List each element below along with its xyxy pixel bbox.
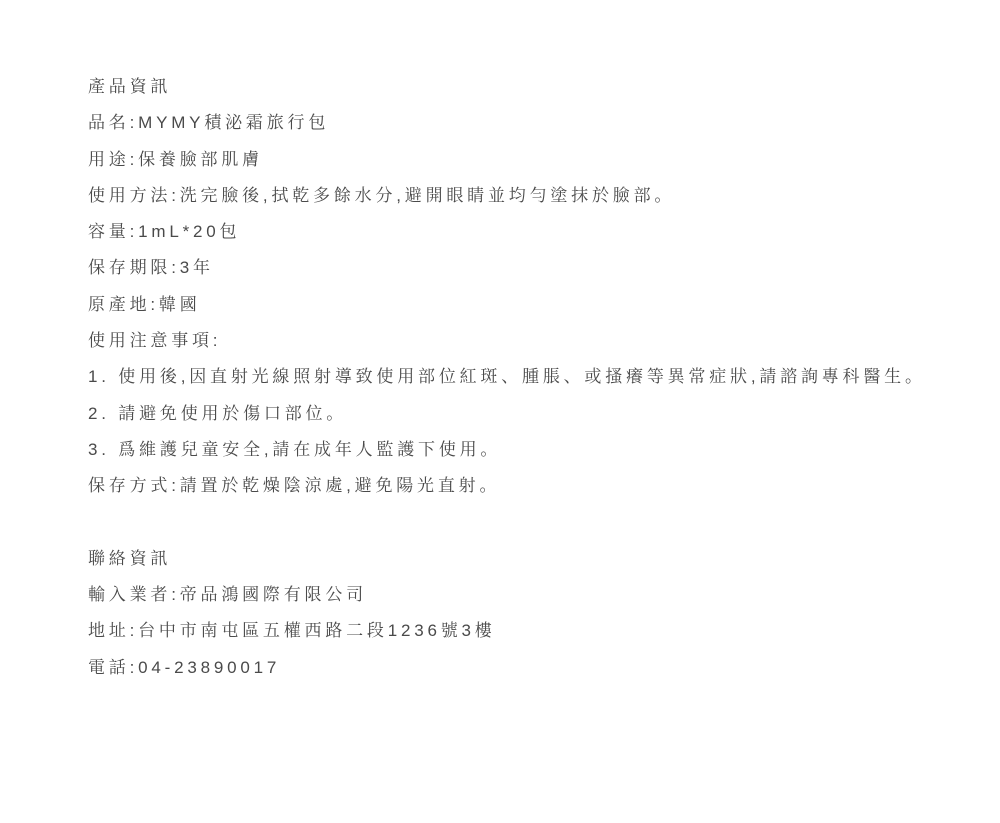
section-title-contact-info: 聯絡資訊 xyxy=(88,541,1000,577)
field-phone: 電話:04-23890017 xyxy=(88,650,1000,686)
field-storage-method: 保存方式:請置於乾燥陰涼處,避免陽光直射。 xyxy=(88,468,1000,504)
product-info-document: 產品資訊 品名:MYMY積泌霜旅行包 用途:保養臉部肌膚 使用方法:洗完臉後,拭… xyxy=(0,0,1000,823)
precautions-heading: 使用注意事項: xyxy=(88,323,1000,359)
field-origin: 原產地:韓國 xyxy=(88,287,1000,323)
field-capacity: 容量:1mL*20包 xyxy=(88,214,1000,250)
precaution-item-2: 2. 請避免使用於傷口部位。 xyxy=(88,396,1000,432)
field-usage: 用途:保養臉部肌膚 xyxy=(88,142,1000,178)
document-content: 產品資訊 品名:MYMY積泌霜旅行包 用途:保養臉部肌膚 使用方法:洗完臉後,拭… xyxy=(88,69,1000,686)
field-directions: 使用方法:洗完臉後,拭乾多餘水分,避開眼睛並均勻塗抹於臉部。 xyxy=(88,178,1000,214)
precaution-item-1: 1. 使用後,因直射光線照射導致使用部位紅斑、腫脹、或搔癢等異常症狀,請諮詢專科… xyxy=(88,359,1000,395)
field-address: 地址:台中市南屯區五權西路二段1236號3樓 xyxy=(88,613,1000,649)
section-title-product-info: 產品資訊 xyxy=(88,69,1000,105)
product-info-section: 產品資訊 品名:MYMY積泌霜旅行包 用途:保養臉部肌膚 使用方法:洗完臉後,拭… xyxy=(88,69,1000,505)
precaution-item-3: 3. 爲維護兒童安全,請在成年人監護下使用。 xyxy=(88,432,1000,468)
field-product-name: 品名:MYMY積泌霜旅行包 xyxy=(88,105,1000,141)
contact-info-section: 聯絡資訊 輸入業者:帝品鴻國際有限公司 地址:台中市南屯區五權西路二段1236號… xyxy=(88,541,1000,686)
field-shelf-life: 保存期限:3年 xyxy=(88,250,1000,286)
field-importer: 輸入業者:帝品鴻國際有限公司 xyxy=(88,577,1000,613)
